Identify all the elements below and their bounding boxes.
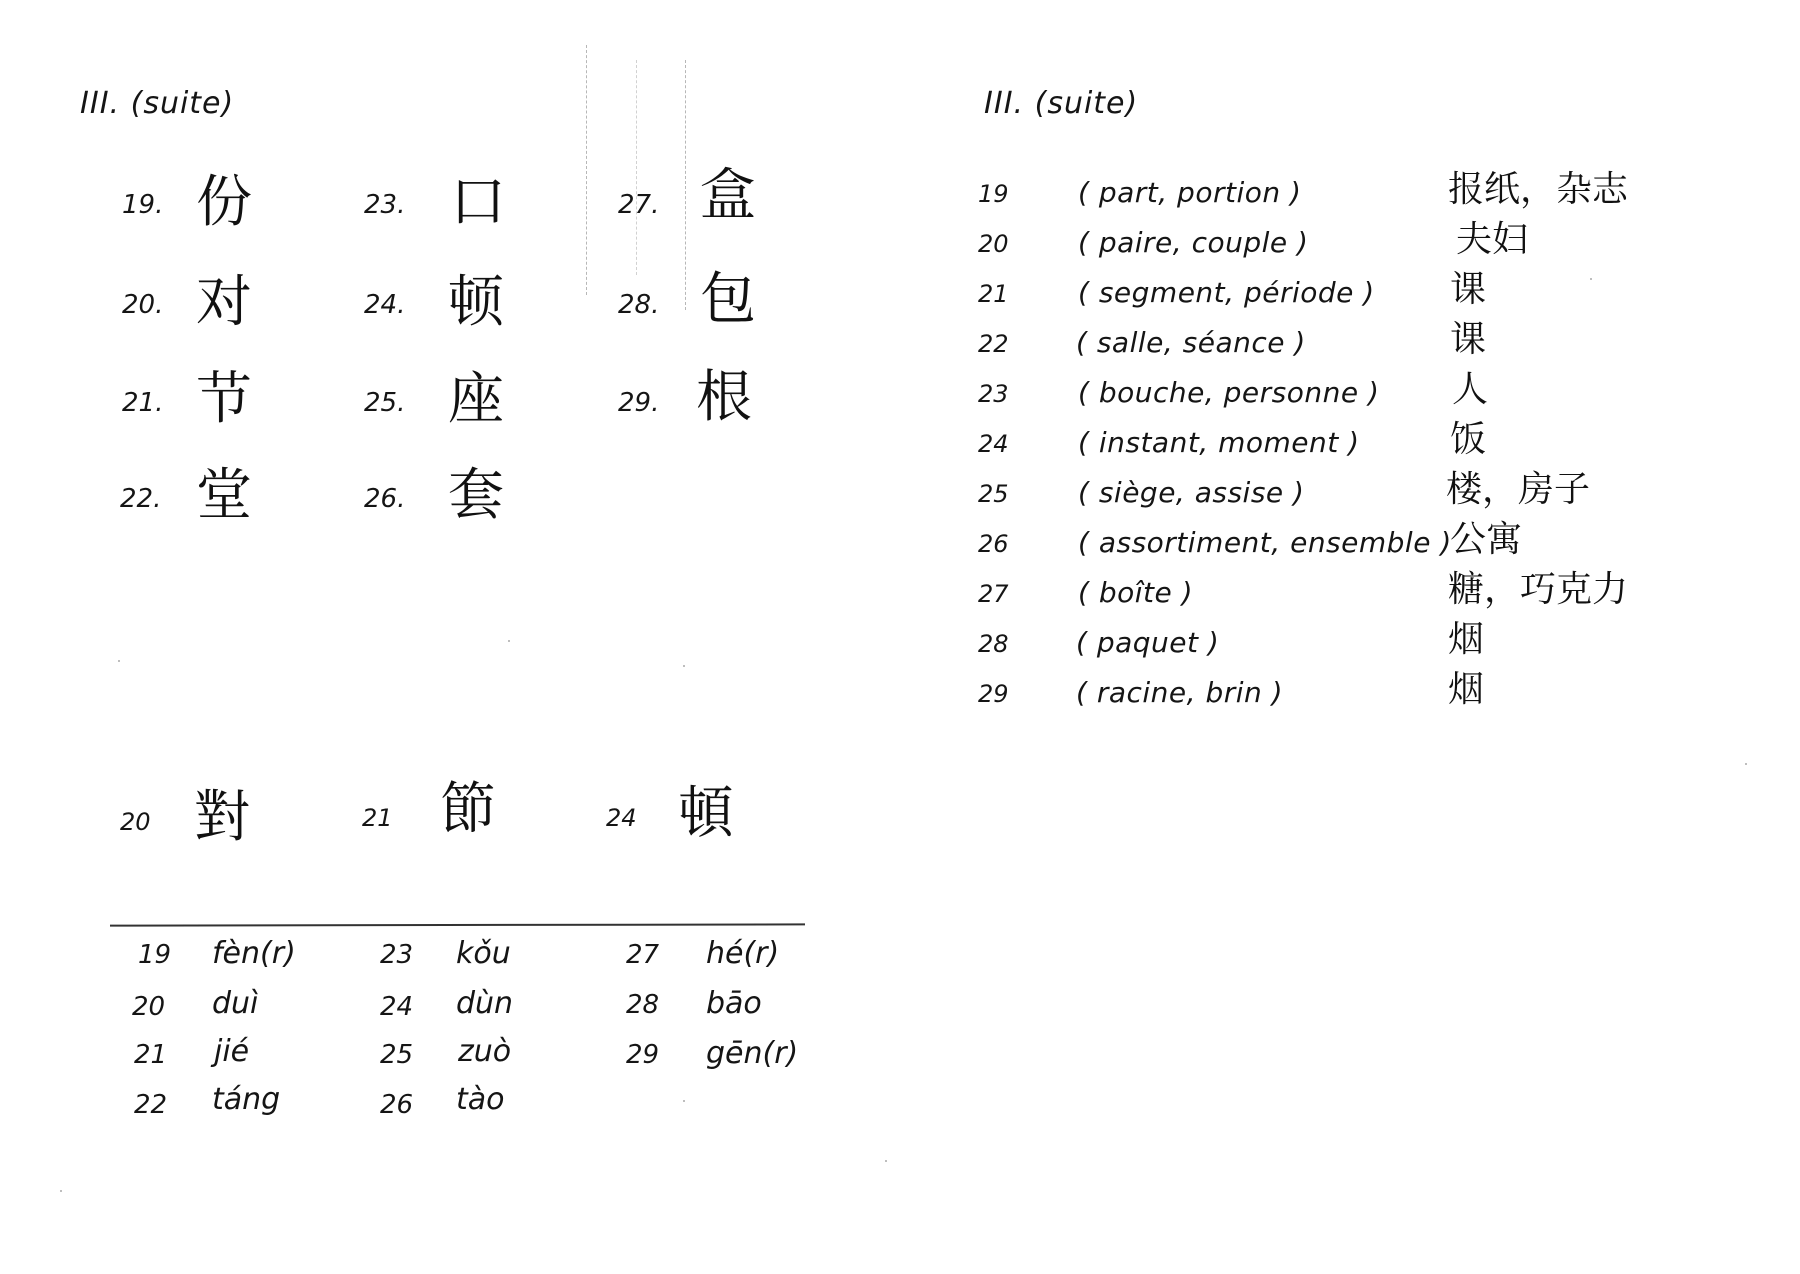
pinyin: tào — [456, 1082, 505, 1117]
traditional-hanzi: 對 — [194, 790, 250, 846]
french-meaning: ( instant, moment ) — [1078, 426, 1360, 459]
french-meaning: ( bouche, personne ) — [1078, 376, 1379, 409]
hanzi: 包 — [700, 272, 756, 328]
guide-line — [586, 45, 587, 295]
scan-speck — [118, 660, 120, 662]
item-number: 20 — [132, 992, 165, 1022]
item-number: 27 — [626, 940, 659, 970]
item-number: 29 — [626, 1040, 659, 1070]
pinyin: táng — [212, 1082, 280, 1117]
french-meaning: ( salle, séance ) — [1076, 326, 1306, 359]
french-meaning: ( boîte ) — [1078, 576, 1193, 609]
item-number: 19. — [122, 190, 163, 220]
chinese-example: 人 — [1452, 372, 1488, 408]
scan-speck — [1745, 763, 1747, 765]
item-number: 26 — [978, 530, 1009, 558]
french-meaning: ( paquet ) — [1076, 626, 1219, 659]
pinyin: jié — [214, 1034, 249, 1069]
scan-speck — [683, 1100, 685, 1102]
hanzi: 份 — [196, 175, 252, 231]
pinyin: duì — [212, 986, 258, 1021]
pinyin: fèn(r) — [212, 936, 296, 971]
item-number: 22. — [120, 484, 161, 514]
hanzi: 顿 — [448, 275, 504, 331]
french-meaning: ( part, portion ) — [1078, 176, 1301, 209]
item-number: 24 — [380, 992, 413, 1022]
scan-speck — [885, 1160, 887, 1162]
divider-line — [110, 923, 805, 926]
hanzi: 堂 — [196, 468, 252, 524]
item-number: 28 — [626, 990, 659, 1020]
chinese-example: 课 — [1450, 322, 1486, 358]
item-number: 26. — [364, 484, 405, 514]
item-number: 23. — [364, 190, 405, 220]
item-number: 25 — [978, 480, 1009, 508]
right-title: III. (suite) — [984, 86, 1138, 121]
french-meaning: ( siège, assise ) — [1078, 476, 1304, 509]
left-title: III. (suite) — [80, 86, 234, 121]
hanzi: 套 — [448, 468, 504, 524]
scan-speck — [60, 1190, 62, 1192]
chinese-example: 报纸，杂志 — [1448, 172, 1628, 208]
hanzi: 盒 — [700, 168, 756, 224]
chinese-example: 饭 — [1450, 422, 1486, 458]
item-number: 22 — [134, 1090, 167, 1120]
chinese-example: 糖，巧克力 — [1448, 572, 1628, 608]
chinese-example: 烟 — [1448, 622, 1484, 658]
pinyin: hé(r) — [706, 936, 779, 971]
item-number: 27. — [618, 190, 659, 220]
guide-line — [685, 60, 686, 310]
item-number: 24 — [978, 430, 1009, 458]
pinyin: zuò — [458, 1034, 511, 1069]
chinese-example: 楼，房子 — [1446, 472, 1590, 508]
hanzi: 节 — [196, 372, 252, 428]
hanzi: 根 — [696, 370, 752, 426]
item-number: 29. — [618, 388, 659, 418]
guide-line — [636, 60, 637, 275]
chinese-example: 课 — [1450, 272, 1486, 308]
pinyin: bāo — [706, 986, 762, 1021]
french-meaning: ( racine, brin ) — [1076, 676, 1283, 709]
item-number: 21. — [122, 388, 163, 418]
pinyin: gēn(r) — [706, 1036, 798, 1071]
hanzi: 口 — [450, 175, 506, 231]
french-meaning: ( segment, période ) — [1078, 276, 1375, 309]
item-number: 21 — [134, 1040, 167, 1070]
chinese-example: 夫妇 — [1456, 222, 1528, 258]
item-number: 24. — [364, 290, 405, 320]
chinese-example: 烟 — [1448, 672, 1484, 708]
item-number: 21 — [978, 280, 1009, 308]
item-number: 20 — [120, 808, 151, 836]
item-number: 26 — [380, 1090, 413, 1120]
item-number: 22 — [978, 330, 1009, 358]
item-number: 19 — [138, 940, 171, 970]
item-number: 20 — [978, 230, 1009, 258]
french-meaning: ( paire, couple ) — [1078, 226, 1308, 259]
item-number: 25 — [380, 1040, 413, 1070]
hanzi: 对 — [196, 275, 252, 331]
item-number: 20. — [122, 290, 163, 320]
pinyin: kǒu — [456, 936, 511, 971]
scan-speck — [508, 640, 510, 642]
hanzi: 座 — [448, 372, 504, 428]
item-number: 19 — [978, 180, 1009, 208]
item-number: 28. — [618, 290, 659, 320]
chinese-example: 公寓 — [1450, 522, 1522, 558]
scan-speck — [1590, 278, 1592, 280]
item-number: 23 — [978, 380, 1009, 408]
scan-speck — [683, 665, 685, 667]
pinyin: dùn — [456, 986, 513, 1021]
item-number: 27 — [978, 580, 1009, 608]
item-number: 25. — [364, 388, 405, 418]
item-number: 21 — [362, 804, 393, 832]
item-number: 23 — [380, 940, 413, 970]
traditional-hanzi: 頓 — [678, 786, 734, 842]
item-number: 28 — [978, 630, 1009, 658]
traditional-hanzi: 節 — [440, 782, 496, 838]
item-number: 24 — [606, 804, 637, 832]
french-meaning: ( assortiment, ensemble ) — [1078, 526, 1452, 559]
item-number: 29 — [978, 680, 1009, 708]
